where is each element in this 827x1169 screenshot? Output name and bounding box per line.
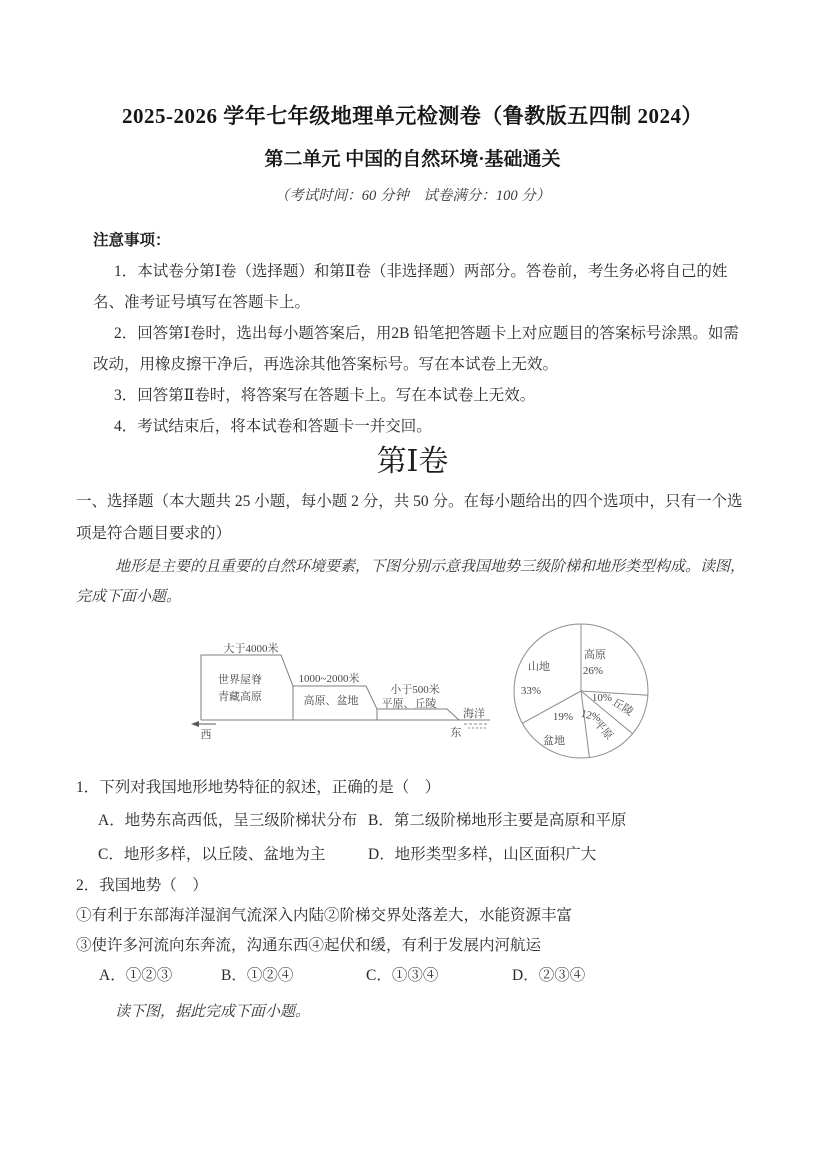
terrain-profile-lines <box>201 655 490 720</box>
pie-label-hills: 丘陵 <box>610 695 636 719</box>
step1-name-line2: 青藏高原 <box>218 689 262 703</box>
notice-item-4: 4．考试结束后，将本试卷和答题卡一并交回。 <box>93 411 749 442</box>
pie-label-mountain: 山地 <box>528 659 550 673</box>
closing-passage: 读下图，据此完成下面小题。 <box>115 997 749 1027</box>
notice-item-2: 2．回答第Ⅰ卷时，选出每小题答案后，用2B 铅笔把答题卡上对应题目的答案标号涂黑… <box>93 318 749 380</box>
question-2-statement-2: ③使许多河流向东奔流，沟通东西④起伏和缓，有利于发展内河航运 <box>76 931 749 961</box>
question-1-option-b: B．第二级阶梯地形主要是高原和平原 <box>368 804 749 838</box>
pie-pct-mountain: 33% <box>521 685 541 697</box>
ocean-hatching <box>464 724 489 728</box>
pie-label-plateau: 高原 <box>584 647 606 661</box>
pie-pct-basin: 19% <box>553 711 573 723</box>
question-1-option-d: D．地形类型多样，山区面积广大 <box>368 838 749 872</box>
figures-row: 大于4000米 世界屋脊 青藏高原 1000~2000米 高原、盆地 小于500… <box>188 612 749 772</box>
question-2-option-a: A．①②③ <box>99 961 221 991</box>
question-2-option-c: C．①③④ <box>366 961 512 991</box>
question-1-option-c: C．地形多样，以丘陵、盆地为主 <box>98 838 368 872</box>
paper-header: 2025-2026 学年七年级地理单元检测卷（鲁教版五四制 2024） 第二单元… <box>76 0 749 206</box>
question-2: 2．我国地势（ ） ①有利于东部海洋湿润气流深入内陆②阶梯交界处落差大，水能资源… <box>76 871 749 991</box>
question-1: 1．下列对我国地形地势特征的叙述，正确的是（ ） A．地势东高西低，呈三级阶梯状… <box>76 772 749 871</box>
exam-paper-page: 2025-2026 学年七年级地理单元检测卷（鲁教版五四制 2024） 第二单元… <box>0 0 827 1169</box>
paper-subtitle: 第二单元 中国的自然环境·基础通关 <box>76 147 749 172</box>
step3-elevation-label: 小于500米 <box>390 682 440 696</box>
question-1-stem: 1．下列对我国地形地势特征的叙述，正确的是（ ） <box>76 772 749 804</box>
step1-elevation-label: 大于4000米 <box>224 641 279 655</box>
step2-landforms-label: 高原、盆地 <box>304 693 359 707</box>
step1-name-line1: 世界屋脊 <box>218 672 262 686</box>
question-1-options: A．地势东高西低，呈三级阶梯状分布 B．第二级阶梯地形主要是高原和平原 C．地形… <box>98 804 749 871</box>
multiple-choice-section-intro: 一、选择题（本大题共 25 小题，每小题 2 分，共 50 分。在每小题给出的四… <box>76 486 749 550</box>
pie-pct-plateau: 26% <box>583 665 603 677</box>
reading-passage: 地形是主要的且重要的自然环境要素，下图分别示意我国地势三级阶梯和地形类型构成。读… <box>76 552 749 612</box>
notice-heading: 注意事项： <box>93 225 749 256</box>
question-2-options: A．①②③ B．①②④ C．①③④ D．②③④ <box>99 961 749 991</box>
question-2-stem: 2．我国地势（ ） <box>76 871 749 901</box>
question-2-statement-1: ①有利于东部海洋湿润气流深入内陆②阶梯交界处落差大，水能资源丰富 <box>76 901 749 931</box>
notice-item-3: 3．回答第Ⅱ卷时，将答案写在答题卡上。写在本试卷上无效。 <box>93 380 749 411</box>
east-label: 东 <box>451 726 462 739</box>
part1-heading: 第Ⅰ卷 <box>76 444 749 480</box>
step2-elevation-label: 1000~2000米 <box>299 671 360 685</box>
step3-landforms-label: 平原、丘陵 <box>382 696 437 710</box>
paper-title: 2025-2026 学年七年级地理单元检测卷（鲁教版五四制 2024） <box>76 0 749 131</box>
ocean-label: 海洋 <box>463 706 485 720</box>
question-2-option-d: D．②③④ <box>512 961 585 991</box>
pie-label-basin: 盆地 <box>543 733 565 747</box>
landform-pie-chart: 山地 33% 高原 26% 10% 丘陵 12% 平原 19% 盆地 <box>495 612 670 772</box>
question-1-option-a: A．地势东高西低，呈三级阶梯状分布 <box>98 804 368 838</box>
notice-section: 注意事项： 1．本试卷分第Ⅰ卷（选择题）和第Ⅱ卷（非选择题）两部分。答卷前，考生… <box>93 225 749 442</box>
exam-time-score-info: （考试时间：60 分钟 试卷满分：100 分） <box>76 186 749 206</box>
notice-item-1: 1．本试卷分第Ⅰ卷（选择题）和第Ⅱ卷（非选择题）两部分。答卷前，考生务必将自己的… <box>93 256 749 318</box>
question-2-option-b: B．①②④ <box>221 961 366 991</box>
west-label: 西 <box>201 728 212 741</box>
pie-pct-hills: 10% <box>592 692 612 704</box>
terrain-steps-diagram: 大于4000米 世界屋脊 青藏高原 1000~2000米 高原、盆地 小于500… <box>188 612 495 747</box>
west-arrow-icon <box>191 721 216 727</box>
